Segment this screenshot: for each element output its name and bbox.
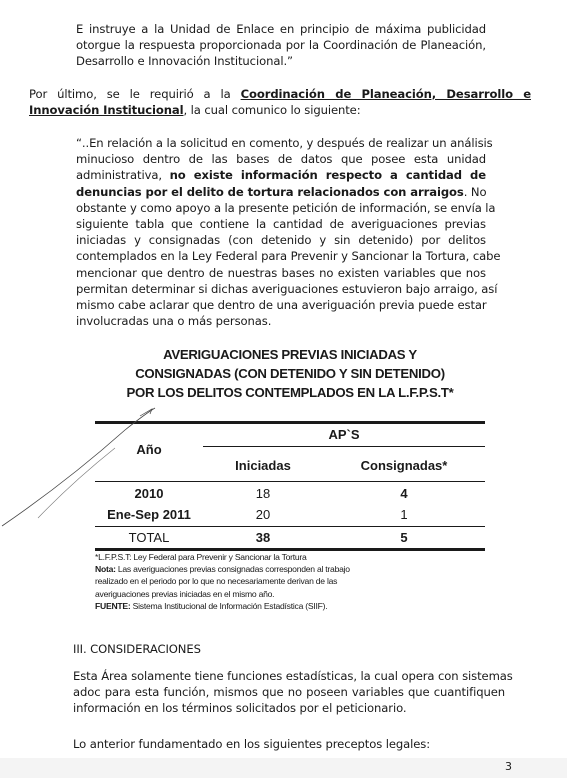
considerations-line: Esta Área solamente tiene funciones esta… bbox=[73, 668, 505, 684]
quote-line: mismo cabe aclarar que dentro de una ave… bbox=[76, 297, 486, 313]
quoted-response: “..En relación a la solicitud en comento… bbox=[76, 135, 486, 329]
intro-paragraph: E instruye a la Unidad de Enlace en prin… bbox=[76, 21, 486, 70]
total-top-rule bbox=[95, 526, 485, 527]
total-iniciadas: 38 bbox=[203, 530, 323, 545]
footnote-definition: *L.F.P.S.T: Ley Federal para Prevenir y … bbox=[95, 551, 425, 563]
table-top-rule bbox=[95, 421, 485, 424]
row-iniciadas: 18 bbox=[203, 486, 323, 501]
quote-text: administrativa, bbox=[76, 168, 170, 182]
row-consignadas: 4 bbox=[323, 486, 485, 501]
coordination-entity-name: Innovación Institucional bbox=[29, 103, 184, 117]
table-title-line: CONSIGNADAS (CON DETENIDO Y SIN DETENIDO… bbox=[95, 364, 485, 383]
request-suffix: , la cual comunico lo siguiente: bbox=[184, 103, 361, 117]
intro-line: E instruye a la Unidad de Enlace en prin… bbox=[76, 21, 486, 37]
total-consignadas: 5 bbox=[323, 530, 485, 545]
quote-line: contemplados en la Ley Federal para Prev… bbox=[76, 248, 486, 264]
page-bottom-band bbox=[0, 758, 567, 778]
row-iniciadas: 20 bbox=[203, 507, 323, 522]
table-title-line: POR LOS DELITOS CONTEMPLADOS EN LA L.F.P… bbox=[95, 383, 485, 402]
footnote-nota-label: Nota: bbox=[95, 564, 116, 574]
footnote-nota-text: Las averiguaciones previas consignadas c… bbox=[116, 564, 350, 574]
request-prefix: Por último, se le requirió a la bbox=[29, 87, 241, 101]
row-consignadas: 1 bbox=[323, 507, 485, 522]
header-year: Año bbox=[95, 442, 203, 457]
footnote-source-label: FUENTE: bbox=[95, 601, 131, 611]
table-title-line: AVERIGUACIONES PREVIAS INICIADAS Y bbox=[95, 345, 485, 364]
header-bottom-rule bbox=[95, 481, 485, 482]
quote-line: siguiente tabla que contiene la cantidad… bbox=[76, 216, 486, 232]
header-consignadas: Consignadas* bbox=[323, 458, 485, 473]
considerations-paragraph: Esta Área solamente tiene funciones esta… bbox=[73, 668, 505, 717]
footnote-nota-text: averiguaciones previas iniciadas en el m… bbox=[95, 588, 425, 600]
quote-line: involucradas una o más personas. bbox=[76, 313, 486, 329]
quote-text: . No bbox=[464, 185, 487, 199]
quote-line: mencionar que dentro de nuestras bases n… bbox=[76, 265, 486, 281]
quote-line: iniciadas y consignadas (con detenido y … bbox=[76, 232, 486, 248]
quote-emphasis: denuncias por el delito de tortura relac… bbox=[76, 185, 464, 199]
page-number: 3 bbox=[505, 760, 512, 773]
footnote-nota-text: realizado en el periodo por lo que no ne… bbox=[95, 575, 425, 587]
closing-statement: Lo anterior fundamentado en los siguient… bbox=[73, 736, 505, 752]
group-header-rule bbox=[203, 446, 485, 447]
intro-line: otorgue la respuesta proporcionada por l… bbox=[76, 37, 486, 53]
quote-line: permitan determinar si dichas averiguaci… bbox=[76, 281, 486, 297]
total-label: TOTAL bbox=[95, 530, 203, 545]
quote-line: minucioso dentro de las bases de datos q… bbox=[76, 151, 486, 167]
footnote-source-text: Sistema Institucional de Información Est… bbox=[131, 601, 328, 611]
table-title: AVERIGUACIONES PREVIAS INICIADAS Y CONSI… bbox=[95, 345, 485, 403]
quote-emphasis: no existe información respecto a cantida… bbox=[170, 168, 486, 182]
quote-line: obstante y como apoyo a la presente peti… bbox=[76, 200, 486, 216]
request-paragraph: Por último, se le requirió a la Coordina… bbox=[29, 86, 531, 118]
considerations-line: adoc para esta función, mismos que no po… bbox=[73, 684, 505, 700]
header-iniciadas: Iniciadas bbox=[203, 458, 323, 473]
row-year: 2010 bbox=[95, 486, 203, 501]
coordination-entity-name: Coordinación de Planeación, Desarrollo e bbox=[241, 87, 531, 101]
row-year: Ene-Sep 2011 bbox=[95, 507, 203, 522]
considerations-heading: III. CONSIDERACIONES bbox=[73, 641, 373, 657]
document-page: E instruye a la Unidad de Enlace en prin… bbox=[0, 0, 567, 778]
table-footnotes: *L.F.P.S.T: Ley Federal para Prevenir y … bbox=[95, 551, 425, 612]
header-aps-group: AP`S bbox=[203, 427, 485, 442]
intro-line: Desarrollo e Innovación Institucional.” bbox=[76, 53, 486, 69]
quote-line: “..En relación a la solicitud en comento… bbox=[76, 135, 486, 151]
considerations-line: información en los términos solicitados … bbox=[73, 700, 505, 716]
